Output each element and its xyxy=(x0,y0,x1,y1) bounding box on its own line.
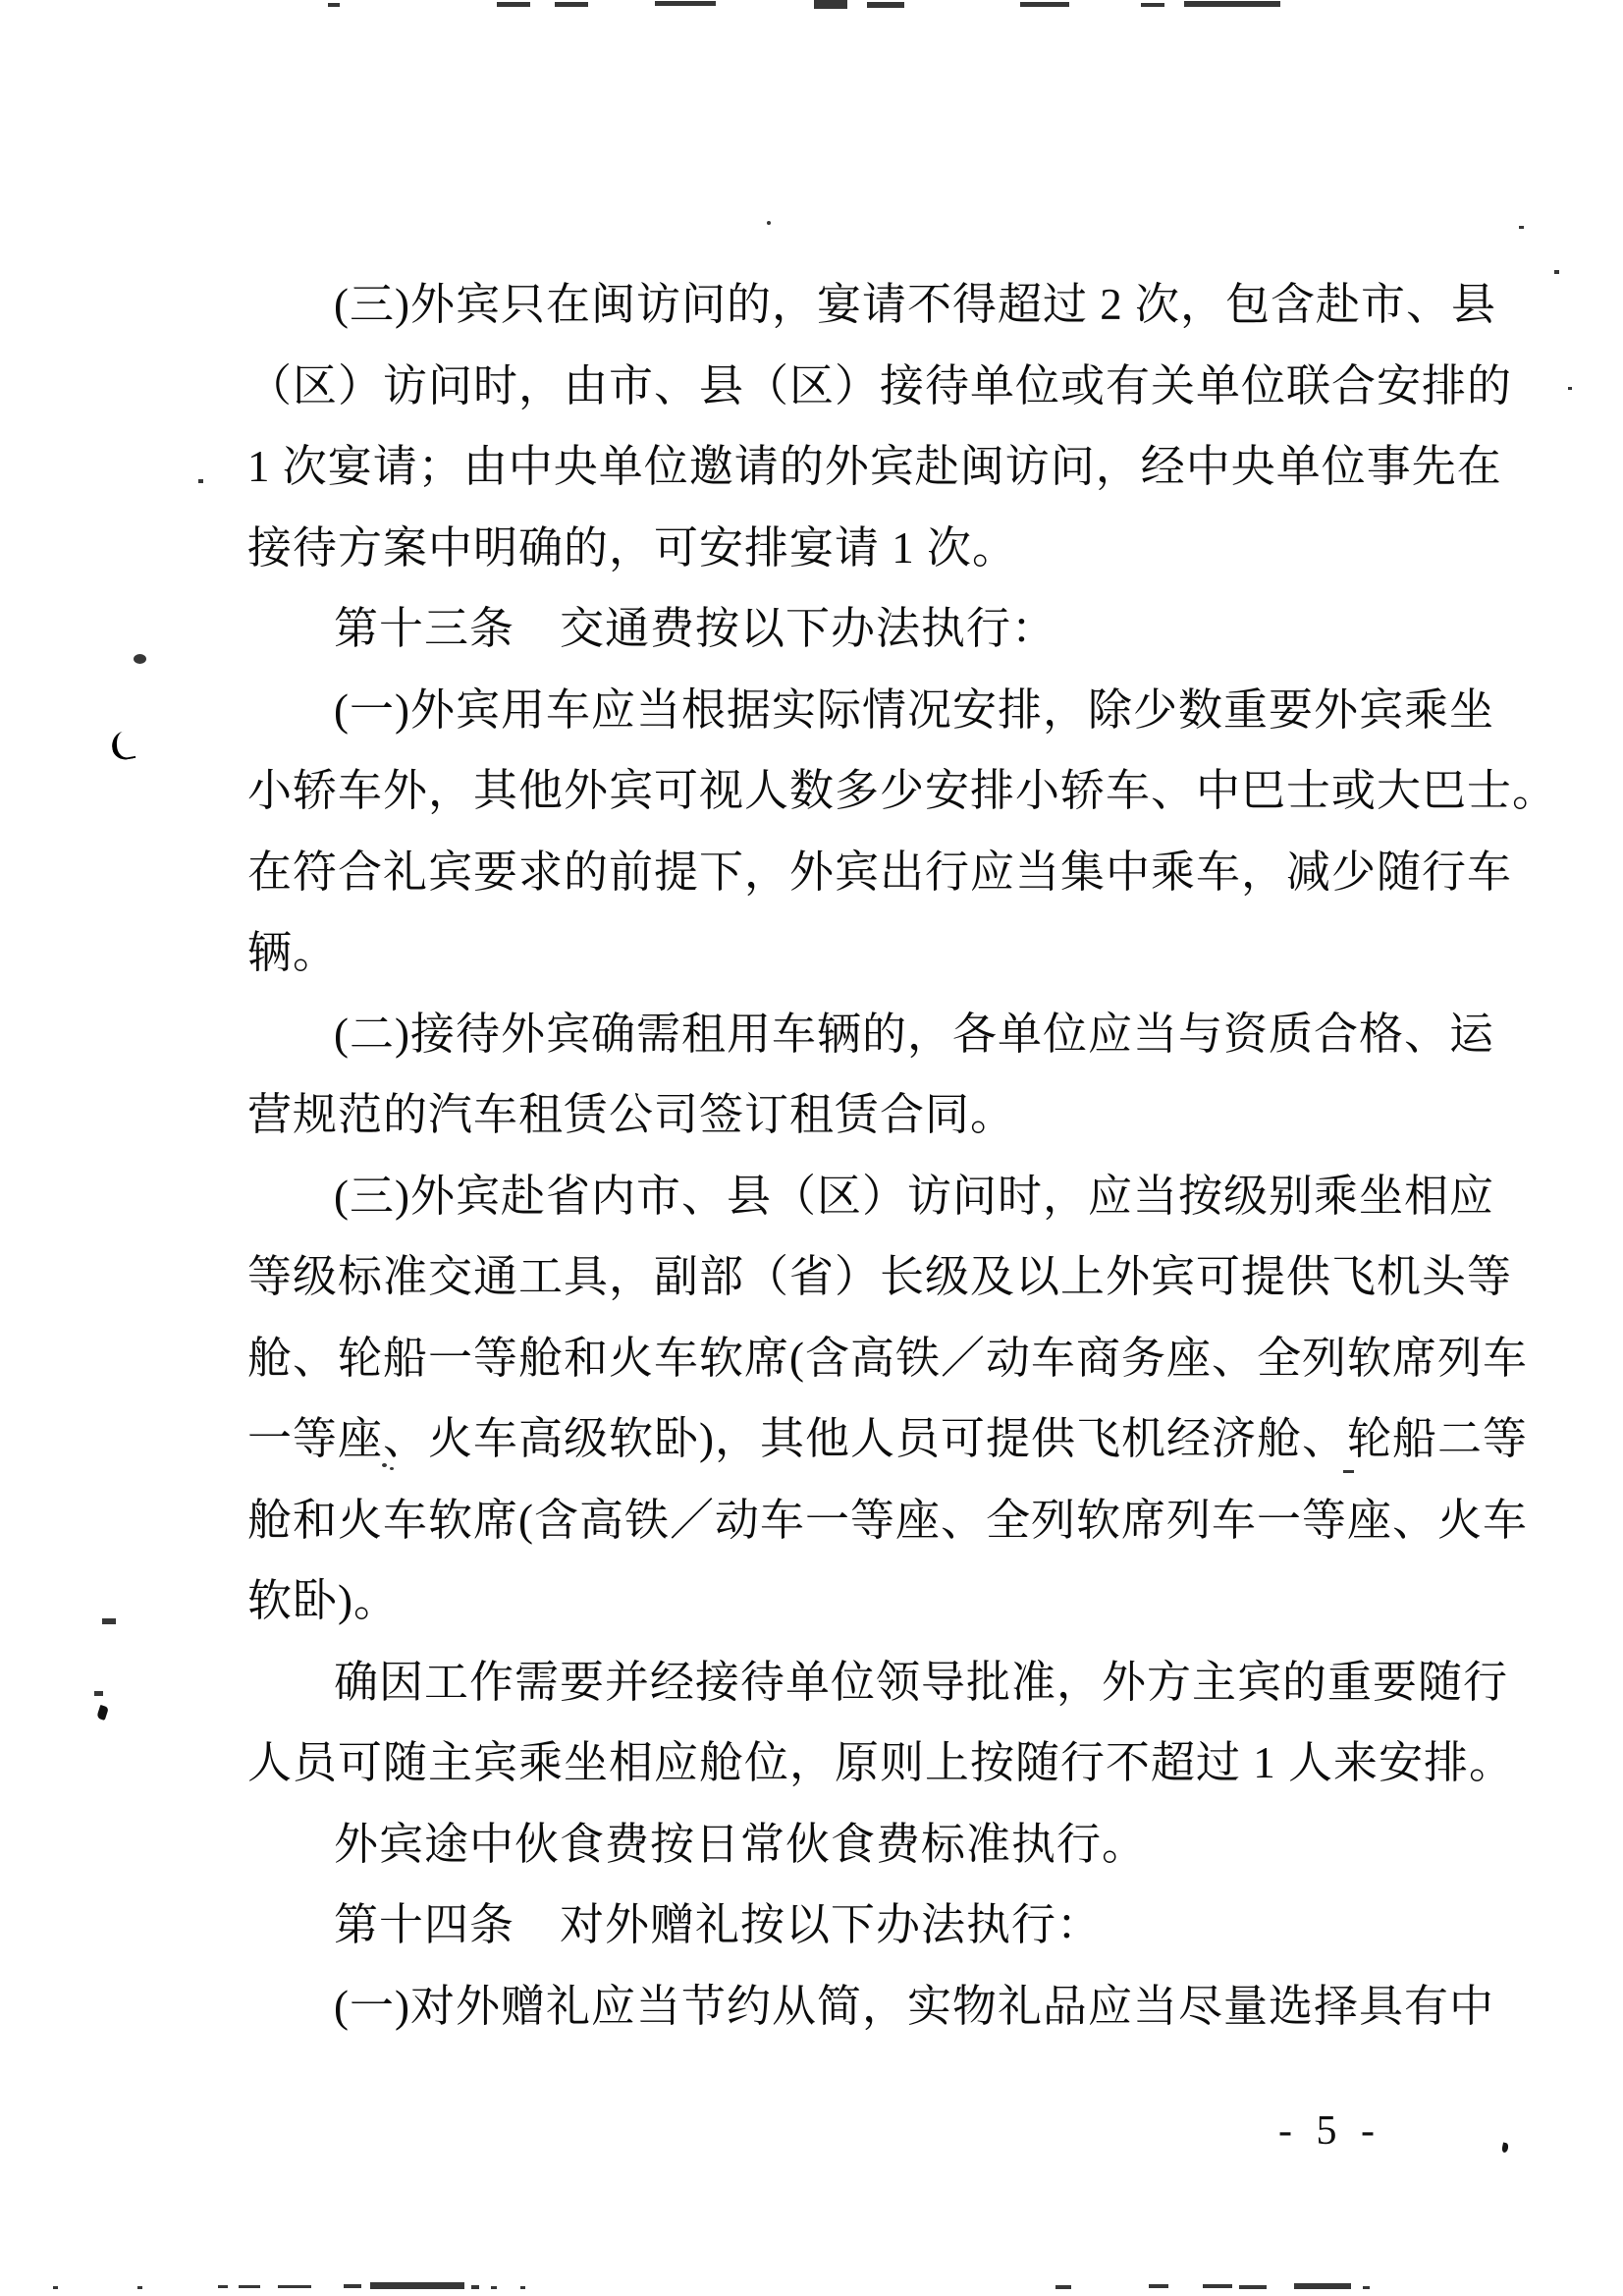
scan-speck xyxy=(1568,387,1572,390)
scan-speck xyxy=(655,1,716,6)
scan-speck xyxy=(278,2285,311,2288)
scan-speck xyxy=(1141,3,1164,7)
scan-speck xyxy=(497,2,530,7)
scan-speck xyxy=(1363,2286,1370,2289)
text-line: 1 次宴请；由中央单位邀请的外宾赴闽访问，经中央单位事先在 xyxy=(0,426,1623,508)
scan-speck xyxy=(198,479,203,483)
scan-speck xyxy=(471,2285,479,2289)
scan-speck xyxy=(1554,270,1559,274)
text-line: 外宾途中伙食费按日常伙食费标准执行。 xyxy=(0,1804,1623,1886)
text-line: 舱和火车软席(含高铁／动车一等座、全列软席列车一等座、火车 xyxy=(0,1480,1623,1561)
text-line: (三)外宾只在闽访问的，宴请不得超过 2 次，包含赴市、县 xyxy=(0,264,1623,346)
scan-speck xyxy=(1409,398,1413,401)
text-line: 营规范的汽车租赁公司签订租赁合同。 xyxy=(0,1074,1623,1156)
scan-speck xyxy=(328,3,340,7)
scan-speck xyxy=(814,0,847,9)
scan-speck xyxy=(1239,2285,1267,2289)
text-line: 第十三条 交通费按以下办法执行： xyxy=(0,588,1623,670)
scan-speck xyxy=(370,2282,464,2289)
scan-speck xyxy=(1055,2285,1071,2289)
scan-speck xyxy=(1294,2283,1351,2289)
text-line: 一等座、火车高级软卧)，其他人员可提供飞机经济舱、轮船二等 xyxy=(0,1398,1623,1480)
scan-speck xyxy=(1149,2284,1168,2288)
text-line: (二)接待外宾确需租用车辆的，各单位应当与资质合格、运 xyxy=(0,994,1623,1075)
scan-speck xyxy=(1184,1,1280,7)
text-line: 在符合礼宾要求的前提下，外宾出行应当集中乘车，减少随行车 xyxy=(0,832,1623,913)
scan-speck xyxy=(102,1618,116,1624)
scan-speck xyxy=(218,2285,228,2288)
text-line: 人员可随主宾乘坐相应舱位，原则上按随行不超过 1 人来安排。 xyxy=(0,1722,1623,1804)
scan-speck xyxy=(137,2286,142,2289)
document-body: (三)外宾只在闽访问的，宴请不得超过 2 次，包含赴市、县（区）访问时，由市、县… xyxy=(0,264,1623,2047)
scan-speck xyxy=(134,654,146,664)
text-line: （区）访问时，由市、县（区）接待单位或有关单位联合安排的 xyxy=(0,346,1623,427)
scan-speck xyxy=(491,2286,497,2289)
text-line: 第十四条 对外赠礼按以下办法执行： xyxy=(0,1885,1623,1966)
scan-speck xyxy=(555,2,588,7)
scan-speck xyxy=(344,2284,361,2288)
scan-speck xyxy=(867,2,904,8)
text-line: (三)外宾赴省内市、县（区）访问时，应当按级别乘坐相应 xyxy=(0,1156,1623,1237)
scan-speck xyxy=(1343,1470,1354,1473)
text-line: 舱、轮船一等舱和火车软席(含高铁／动车商务座、全列软席列车 xyxy=(0,1318,1623,1399)
scan-speck xyxy=(382,1463,387,1467)
scan-speck xyxy=(94,1691,103,1696)
text-line: 接待方案中明确的，可安排宴请 1 次。 xyxy=(0,508,1623,589)
text-line: 辆。 xyxy=(0,912,1623,994)
text-line: 确因工作需要并经接待单位领导批准，外方主宾的重要随行 xyxy=(0,1642,1623,1723)
scan-speck xyxy=(767,221,771,225)
scan-speck xyxy=(1203,2284,1232,2288)
scan-speck xyxy=(239,2285,260,2288)
text-line: 软卧)。 xyxy=(0,1560,1623,1642)
scan-smudge-comma xyxy=(1501,2142,1509,2153)
scan-speck xyxy=(520,2286,525,2289)
text-line: (一)外宾用车应当根据实际情况安排，除少数重要外宾乘坐 xyxy=(0,670,1623,751)
scan-speck xyxy=(1519,226,1524,229)
scan-speck xyxy=(1020,2,1069,7)
text-line: 等级标准交通工具，副部（省）长级及以上外宾可提供飞机头等 xyxy=(0,1236,1623,1318)
text-line: 小轿车外，其他外宾可视人数多少安排小轿车、中巴士或大巴士。 xyxy=(0,750,1623,832)
page-number: - 5 - xyxy=(1278,2107,1381,2155)
scan-speck xyxy=(53,2286,58,2289)
scan-speck xyxy=(390,1467,394,1470)
text-line: (一)对外赠礼应当节约从简，实物礼品应当尽量选择具有中 xyxy=(0,1966,1623,2048)
scanned-document-page: (三)外宾只在闽访问的，宴请不得超过 2 次，包含赴市、县（区）访问时，由市、县… xyxy=(0,0,1623,2296)
